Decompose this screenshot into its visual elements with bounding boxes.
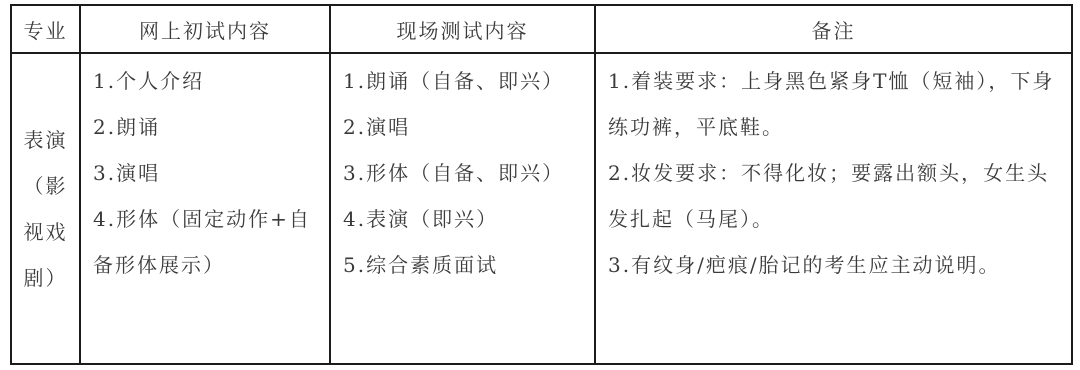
list-item: 1.着装要求：上身黑色紧身T恤（短袖），下身练功裤，平底鞋。 bbox=[608, 58, 1063, 150]
header-onsite-test: 现场测试内容 bbox=[330, 5, 595, 53]
major-name: 表演（影视戏剧） bbox=[22, 117, 70, 301]
list-item: 3.形体（自备、即兴） bbox=[343, 150, 586, 196]
list-item: 3.演唱 bbox=[93, 150, 321, 196]
header-online-test: 网上初试内容 bbox=[80, 5, 330, 53]
header-major: 专业 bbox=[11, 5, 80, 53]
header-row: 专业 网上初试内容 现场测试内容 备注 bbox=[11, 5, 1072, 53]
list-item: 1.个人介绍 bbox=[93, 58, 321, 104]
list-item: 1.朗诵（自备、即兴） bbox=[343, 58, 586, 104]
list-item: 5.综合素质面试 bbox=[343, 242, 586, 288]
header-remarks: 备注 bbox=[595, 5, 1072, 53]
cell-onsite-test-items: 1.朗诵（自备、即兴）2.演唱3.形体（自备、即兴）4.表演（即兴）5.综合素质… bbox=[330, 53, 595, 364]
list-item: 2.妆发要求：不得化妆；要露出额头，女生头发扎起（马尾）。 bbox=[608, 150, 1063, 242]
cell-remarks: 1.着装要求：上身黑色紧身T恤（短袖），下身练功裤，平底鞋。2.妆发要求：不得化… bbox=[595, 53, 1072, 364]
list-item: 3.有纹身/疤痕/胎记的考生应主动说明。 bbox=[608, 242, 1063, 288]
list-item: 2.演唱 bbox=[343, 104, 586, 150]
table-row: 表演（影视戏剧） 1.个人介绍2.朗诵3.演唱4.形体（固定动作+自备形体展示）… bbox=[11, 53, 1072, 364]
list-item: 4.表演（即兴） bbox=[343, 196, 586, 242]
cell-online-test-items: 1.个人介绍2.朗诵3.演唱4.形体（固定动作+自备形体展示） bbox=[80, 53, 330, 364]
exam-requirements-table: 专业 网上初试内容 现场测试内容 备注 表演（影视戏剧） 1.个人介绍2.朗诵3… bbox=[10, 4, 1073, 365]
cell-major: 表演（影视戏剧） bbox=[11, 53, 80, 364]
list-item: 4.形体（固定动作+自备形体展示） bbox=[93, 196, 321, 288]
list-item: 2.朗诵 bbox=[93, 104, 321, 150]
